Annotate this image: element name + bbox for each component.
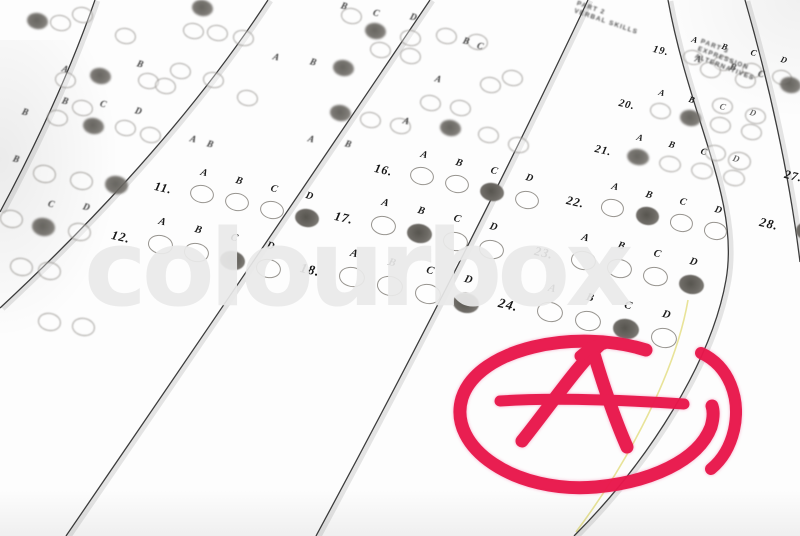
grade-crossbar <box>500 399 684 404</box>
answer-sheet-photo: 11.ABCD12.ABCD16.ABCD17.ABCD18.ABCD19.AB… <box>0 0 800 536</box>
grade-mark: A <box>0 0 800 536</box>
